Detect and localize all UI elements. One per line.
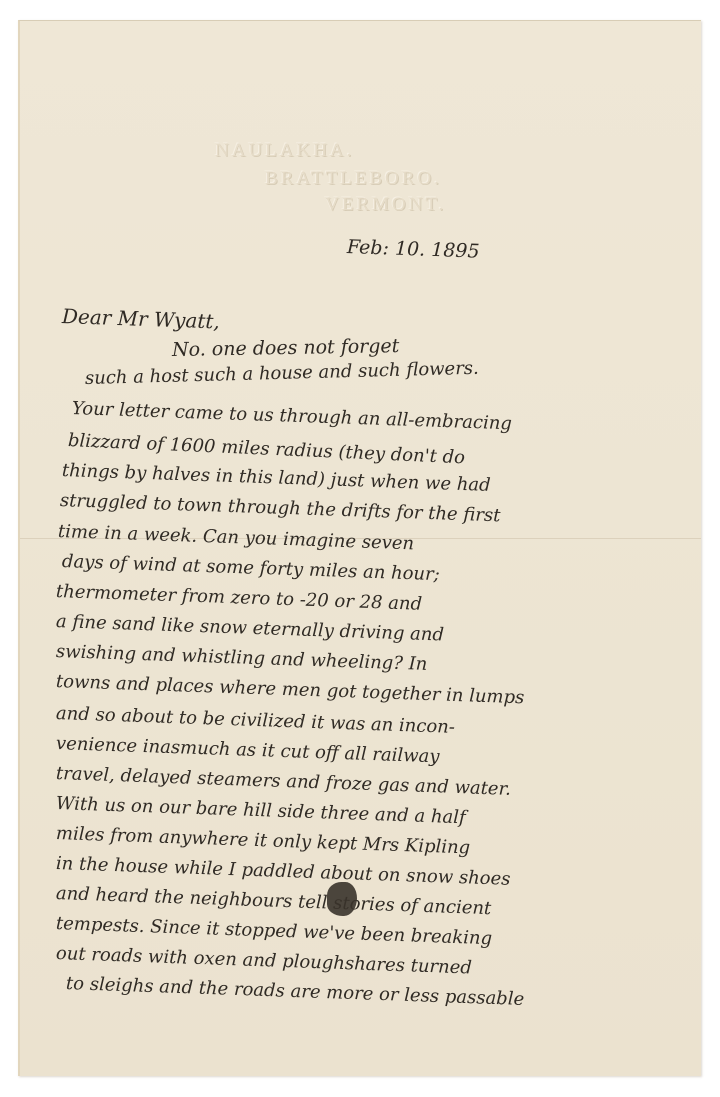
letter-date: Feb: 10. 1895	[347, 236, 480, 263]
letterhead-line-3: Vermont.	[325, 194, 446, 216]
letterhead-line-2: Brattleboro.	[265, 168, 442, 190]
ink-blot	[327, 882, 357, 916]
letterhead-line-1: Naulakha.	[215, 140, 354, 162]
letter-line: No. one does not forget	[172, 335, 400, 361]
